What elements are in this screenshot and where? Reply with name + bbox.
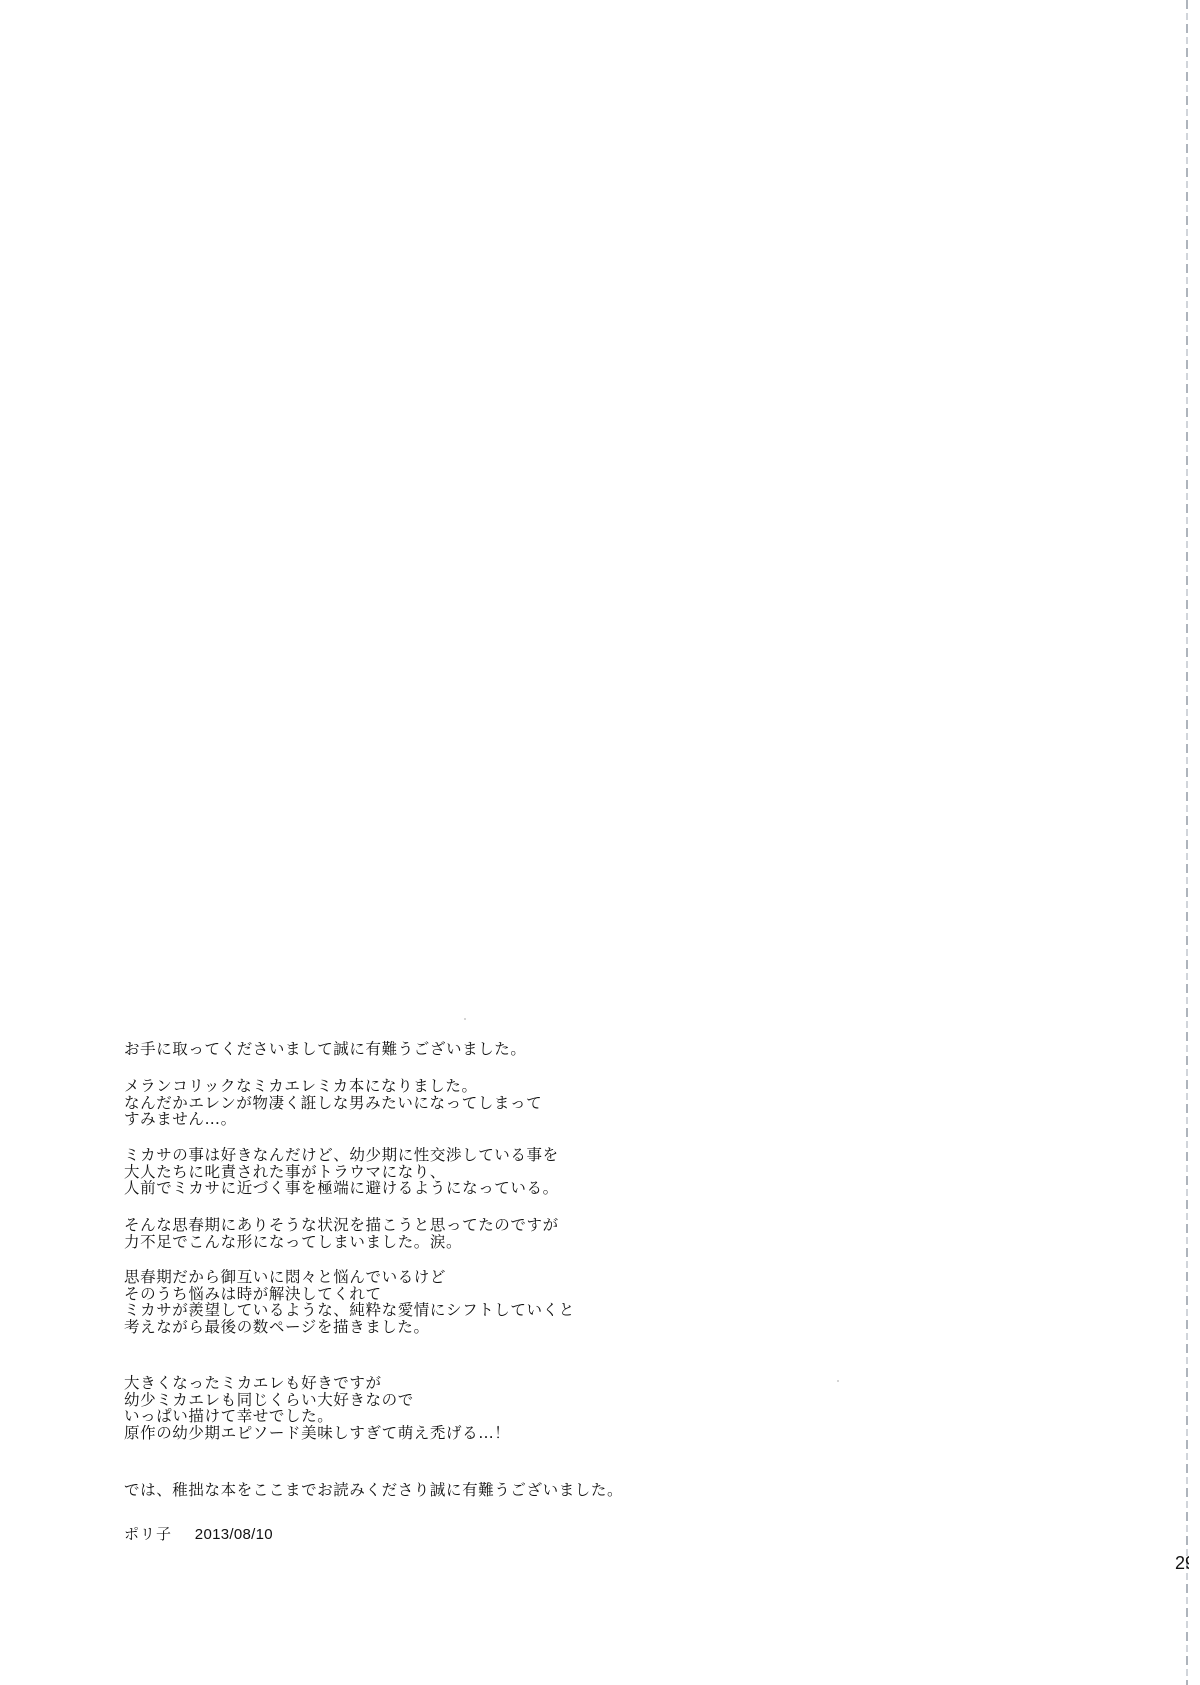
afterword-line: ミカサが羨望しているような、純粋な愛情にシフトしていくと <box>124 1302 575 1319</box>
afterword-line: 力不足でこんな形になってしまいました。涙。 <box>124 1234 462 1251</box>
afterword-line: メランコリックなミカエレミカ本になりました。 <box>124 1078 478 1095</box>
afterword-line: では、稚拙な本をここまでお読みくださり誠に有難うございました。 <box>124 1482 623 1499</box>
scan-speck <box>837 1380 839 1382</box>
book-page: お手に取ってくださいまして誠に有難うございました。 メランコリックなミカエレミカ… <box>0 0 1200 1685</box>
afterword-line: 大きくなったミカエレも好きですが <box>124 1375 382 1392</box>
afterword-line: 考えながら最後の数ページを描きました。 <box>124 1319 430 1336</box>
scan-speck <box>464 1018 466 1020</box>
signature-date: 2013/08/10 <box>195 1526 273 1543</box>
page-number: 29 <box>1175 1554 1189 1572</box>
signature: ポリ子 2013/08/10 <box>124 1526 273 1543</box>
afterword-line: いっぱい描けて幸せでした。 <box>124 1408 333 1425</box>
afterword-line: お手に取ってくださいまして誠に有難うございました。 <box>124 1041 527 1058</box>
afterword-line: ミカサの事は好きなんだけど、幼少期に性交渉している事を <box>124 1147 559 1164</box>
page-edge-line <box>1186 0 1188 1685</box>
afterword-line: 思春期だから御互いに悶々と悩んでいるけど <box>124 1269 446 1286</box>
afterword-line: すみません…。 <box>124 1111 237 1128</box>
afterword-line: 原作の幼少期エピソード美味しすぎて萌え禿げる…！ <box>124 1425 510 1442</box>
author-name: ポリ子 <box>124 1525 172 1543</box>
afterword-line: そんな思春期にありそうな状況を描こうと思ってたのですが <box>124 1217 559 1234</box>
afterword-line: 人前でミカサに近づく事を極端に避けるようになっている。 <box>124 1180 559 1197</box>
